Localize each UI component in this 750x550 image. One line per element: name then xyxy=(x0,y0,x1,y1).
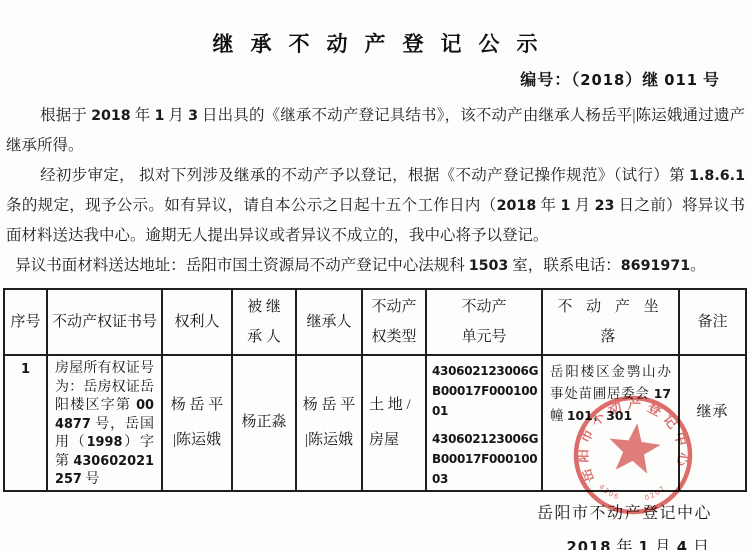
header-cell-property-type: 不动产 权类型 xyxy=(362,289,426,355)
property-registration-table: 序号 不动产权证书号 权利人 被 继 承 人 继承人 不动产 权类型 不动产 单… xyxy=(3,288,747,492)
cell-cert-no: 房屋所有权证号为：岳房权证岳阳楼区字第 004877 号，岳国用（1998）字第… xyxy=(47,355,162,491)
cell-heir: 杨 岳 平 |陈运娥 xyxy=(296,355,362,491)
paragraph-address: 异议书面材料送达地址：岳阳市国土资源局不动产登记中心法规科 1503 室，联系电… xyxy=(6,251,745,281)
paragraph-basis: 根据于 2018 年 1 月 3 日出具的《继承不动产登记具结书》，该不动产由继… xyxy=(6,101,745,161)
header-cell-location: 不 动 产 坐 落 xyxy=(542,289,679,355)
header-cell-unit-no: 不动产 单元号 xyxy=(426,289,542,355)
issue-date: 2018 年 1 月 4 日 xyxy=(0,538,750,550)
unit-number-2: 430602123006GB00017F00010003 xyxy=(432,429,539,489)
issuer-signature: 岳阳市不动产登记中心 xyxy=(0,504,750,524)
cell-right-holder: 杨 岳 平 |陈运娥 xyxy=(162,355,232,491)
header-cell-heir: 继承人 xyxy=(296,289,362,355)
cell-seq: 1 xyxy=(4,355,47,491)
header-cell-right-holder: 权利人 xyxy=(162,289,232,355)
header-cell-decedent: 被 继 承 人 xyxy=(232,289,296,355)
unit-number-1: 430602123006GB00017F00010001 xyxy=(432,361,539,421)
cell-location: 岳阳楼区金鹗山办事处苗圃居委会 17 幢 101、301 xyxy=(542,355,679,491)
document-number: 编号：（2018）继 011 号 xyxy=(0,71,750,91)
cell-property-type: 土 地 / 房屋 xyxy=(362,355,426,491)
header-cell-seq: 序号 xyxy=(4,289,47,355)
cell-unit-no: 430602123006GB00017F00010001 43060212300… xyxy=(426,355,542,491)
table-header-row: 序号 不动产权证书号 权利人 被 继 承 人 继承人 不动产 权类型 不动产 单… xyxy=(4,289,746,355)
document-page: 继承不动产登记公示 编号：（2018）继 011 号 根据于 2018 年 1 … xyxy=(0,0,750,550)
cell-remark: 继承 xyxy=(679,355,746,491)
document-title: 继承不动产登记公示 xyxy=(0,33,750,55)
paragraph-review: 经初步审定， 拟对下列涉及继承的不动产予以登记，根据《不动产登记操作规范》（试行… xyxy=(6,161,745,251)
header-cell-remark: 备注 xyxy=(679,289,746,355)
header-cell-cert-no: 不动产权证书号 xyxy=(47,289,162,355)
cell-decedent: 杨正淼 xyxy=(232,355,296,491)
table-row: 1 房屋所有权证号为：岳房权证岳阳楼区字第 004877 号，岳国用（1998）… xyxy=(4,355,746,491)
